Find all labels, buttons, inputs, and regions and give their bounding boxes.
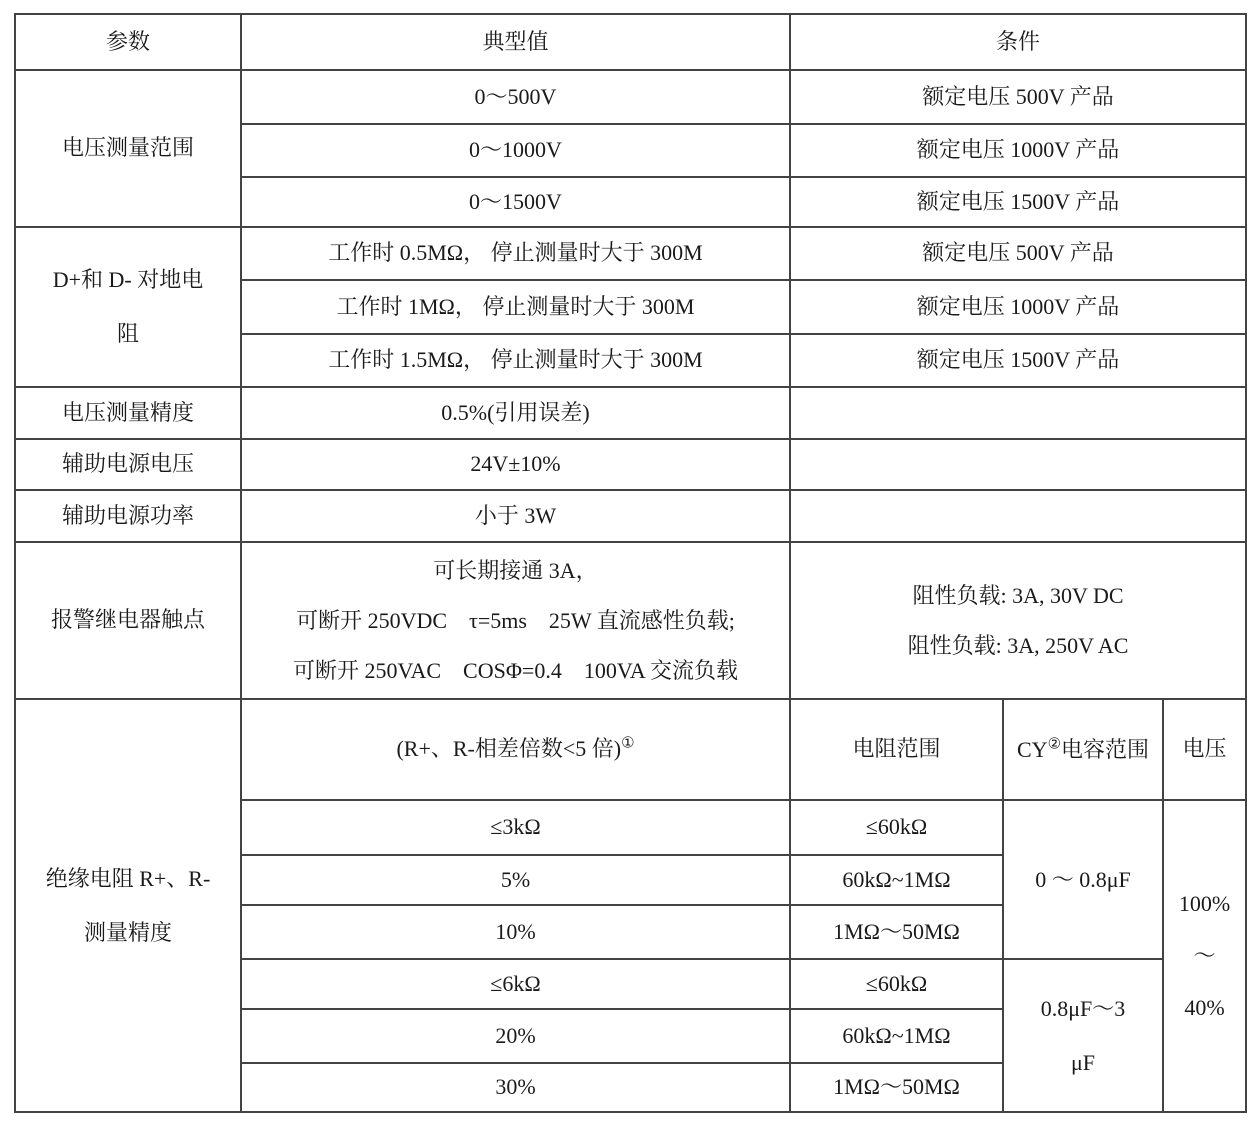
capacitance-cell-group1: 0 ～ 0.8μF: [1003, 800, 1163, 959]
condition-line: 阻性负载: 3A, 30V DC: [797, 571, 1239, 621]
row-label-aux-voltage: 辅助电源电压: [15, 439, 241, 490]
accuracy-cell: ≤6kΩ: [241, 959, 790, 1009]
footnote-1-marker: ①: [621, 736, 634, 752]
resistance-cell: ≤60kΩ: [790, 800, 1003, 855]
capacitance-cell-group2: 0.8μF～3 μF: [1003, 959, 1163, 1112]
value-cell: 工作时 1MΩ， 停止测量时大于 300M: [241, 280, 790, 334]
condition-cell: 额定电压 1500V 产品: [790, 334, 1246, 387]
value-cell-alarm: 可长期接通 3A， 可断开 250VDC τ=5ms 25W 直流感性负载; 可…: [241, 542, 790, 699]
condition-cell-empty: [790, 387, 1246, 439]
header-condition: 条件: [790, 14, 1246, 70]
value-cell: 0～500V: [241, 70, 790, 124]
condition-cell-empty: [790, 490, 1246, 542]
row-label-voltage-accuracy: 电压测量精度: [15, 387, 241, 439]
accuracy-cell: 5%: [241, 855, 790, 905]
condition-cell: 额定电压 1000V 产品: [790, 280, 1246, 334]
header-row: 参数 典型值 条件: [15, 14, 1246, 70]
value-line: 可长期接通 3A，: [248, 546, 783, 596]
footnote-2-marker: ②: [1048, 737, 1061, 753]
resistance-cell: 60kΩ~1MΩ: [790, 855, 1003, 905]
capacitance-prefix: CY: [1017, 737, 1048, 762]
table-row: 辅助电源功率 小于 3W: [15, 490, 1246, 542]
capacitance-line: 0 ～ 0.8μF: [1010, 853, 1156, 907]
voltage-line: 100%: [1170, 878, 1239, 930]
value-cell: 小于 3W: [241, 490, 790, 542]
label-line: D+和 D- 对地电: [22, 253, 234, 307]
label-line: 阻: [22, 307, 234, 361]
resistance-cell: ≤60kΩ: [790, 959, 1003, 1009]
value-cell: 0～1000V: [241, 124, 790, 177]
value-cell: 工作时 1.5MΩ， 停止测量时大于 300M: [241, 334, 790, 387]
condition-cell-empty: [790, 439, 1246, 490]
voltage-line: ～: [1170, 930, 1239, 982]
resistance-cell: 1MΩ～50MΩ: [790, 905, 1003, 959]
condition-cell: 额定电压 1000V 产品: [790, 124, 1246, 177]
subtable-header-row: 绝缘电阻 R+、R- 测量精度 (R+、R-相差倍数<5 倍)① 电阻范围 CY…: [15, 699, 1246, 800]
row-label-aux-power: 辅助电源功率: [15, 490, 241, 542]
value-line: 可断开 250VDC τ=5ms 25W 直流感性负载;: [248, 596, 783, 646]
value-cell: 24V±10%: [241, 439, 790, 490]
label-line: 绝缘电阻 R+、R-: [22, 852, 234, 906]
header-param: 参数: [15, 14, 241, 70]
value-cell: 0.5%(引用误差): [241, 387, 790, 439]
row-label-ground-resistance: D+和 D- 对地电 阻: [15, 227, 241, 387]
table-row: 电压测量精度 0.5%(引用误差): [15, 387, 1246, 439]
table-row: 电压测量范围 0～500V 额定电压 500V 产品: [15, 70, 1246, 124]
capacitance-text: 电容范围: [1061, 737, 1149, 762]
subheader-accuracy: (R+、R-相差倍数<5 倍)①: [241, 699, 790, 800]
table-row: 辅助电源电压 24V±10%: [15, 439, 1246, 490]
resistance-cell: 60kΩ~1MΩ: [790, 1009, 1003, 1063]
accuracy-cell: 20%: [241, 1009, 790, 1063]
table-row: D+和 D- 对地电 阻 工作时 0.5MΩ， 停止测量时大于 300M 额定电…: [15, 227, 1246, 280]
condition-cell: 额定电压 500V 产品: [790, 227, 1246, 280]
value-cell: 0～1500V: [241, 177, 790, 227]
accuracy-cell: 10%: [241, 905, 790, 959]
table-row: 报警继电器触点 可长期接通 3A， 可断开 250VDC τ=5ms 25W 直…: [15, 542, 1246, 699]
value-line: 可断开 250VAC COSΦ=0.4 100VA 交流负载: [248, 646, 783, 696]
subheader-voltage: 电压: [1163, 699, 1246, 800]
condition-cell: 额定电压 500V 产品: [790, 70, 1246, 124]
subheader-accuracy-text: (R+、R-相差倍数<5 倍): [396, 736, 621, 761]
spec-table: 参数 典型值 条件 电压测量范围 0～500V 额定电压 500V 产品 0～1…: [14, 13, 1247, 1113]
row-label-insulation-accuracy: 绝缘电阻 R+、R- 测量精度: [15, 699, 241, 1112]
label-line: 测量精度: [22, 906, 234, 960]
row-label-voltage-range: 电压测量范围: [15, 70, 241, 227]
voltage-merged-cell: 100% ～ 40%: [1163, 800, 1246, 1112]
row-label-alarm-relay: 报警继电器触点: [15, 542, 241, 699]
subheader-capacitance-range: CY②电容范围: [1003, 699, 1163, 800]
capacitance-line: 0.8μF～3: [1010, 982, 1156, 1036]
accuracy-cell: ≤3kΩ: [241, 800, 790, 855]
condition-cell-alarm: 阻性负载: 3A, 30V DC 阻性负载: 3A, 250V AC: [790, 542, 1246, 699]
document-page: 参数 典型值 条件 电压测量范围 0～500V 额定电压 500V 产品 0～1…: [0, 0, 1258, 1124]
subheader-resistance-range: 电阻范围: [790, 699, 1003, 800]
voltage-line: 40%: [1170, 982, 1239, 1034]
header-typical: 典型值: [241, 14, 790, 70]
resistance-cell: 1MΩ～50MΩ: [790, 1063, 1003, 1112]
capacitance-line: μF: [1010, 1036, 1156, 1090]
condition-cell: 额定电压 1500V 产品: [790, 177, 1246, 227]
accuracy-cell: 30%: [241, 1063, 790, 1112]
value-cell: 工作时 0.5MΩ， 停止测量时大于 300M: [241, 227, 790, 280]
condition-line: 阻性负载: 3A, 250V AC: [797, 621, 1239, 671]
